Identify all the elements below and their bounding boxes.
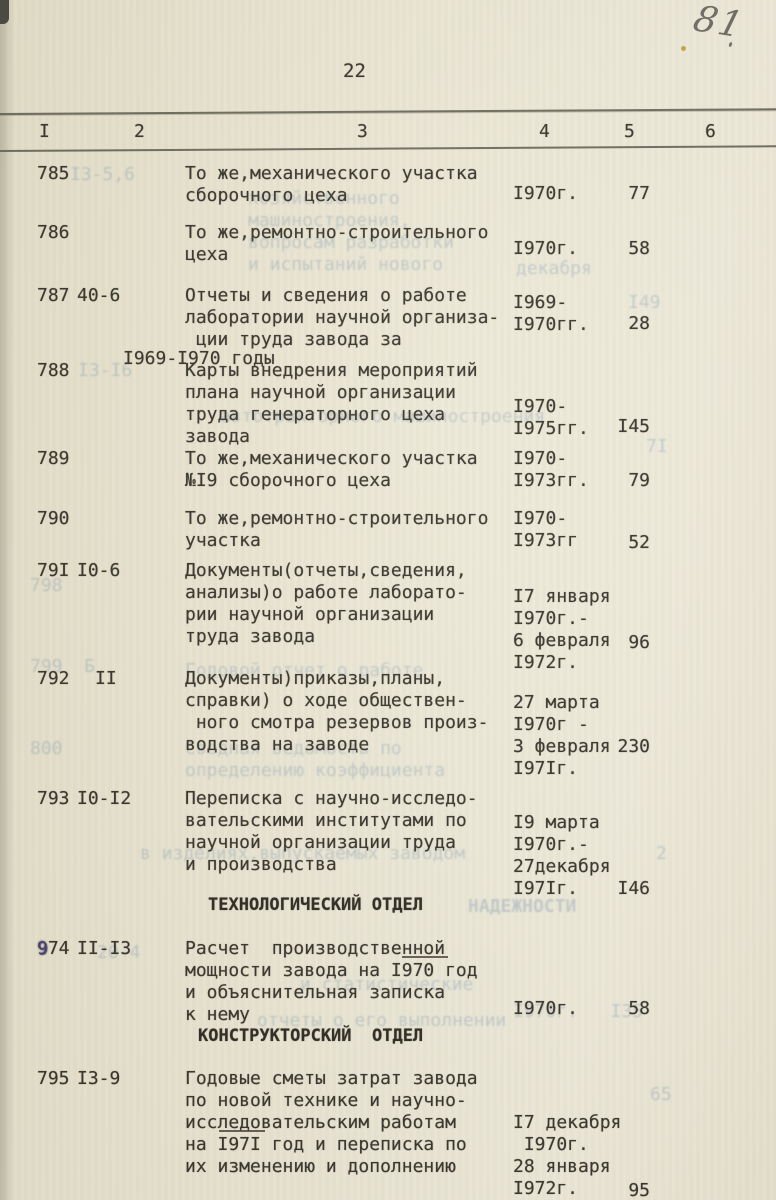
entry-description: Годовые сметы затрат завода по новой тех… xyxy=(185,1068,478,1178)
entry-number: 789 xyxy=(37,448,70,470)
entry-description: Документы(отчеты,сведения, анализы)о раб… xyxy=(185,560,467,648)
entry-number: 786 xyxy=(37,222,70,244)
entry-description: Документы)приказы,планы, справки) о ходе… xyxy=(185,668,488,756)
entry-description: Расчет производственной мощности завода … xyxy=(185,938,478,1026)
entry-index: 40-6 xyxy=(77,285,120,307)
entry-page-count: I45 xyxy=(580,416,650,438)
scanned-document-page: 81 22 I 2 3 4 5 6 I3-5,6 хозяйственного … xyxy=(0,0,776,1200)
ghost-text: декабря xyxy=(516,258,592,280)
entry-page-count: 52 xyxy=(580,532,650,554)
column-header-4: 4 xyxy=(539,121,550,143)
ghost-text: 2 xyxy=(656,843,667,865)
column-header-1: I xyxy=(39,121,50,143)
entry-dates: I7 января I970г.- 6 февраля I972г. xyxy=(513,586,611,674)
entry-page-count: 28 xyxy=(580,313,650,335)
overstrike-artifact xyxy=(219,1130,265,1132)
entry-dates: I970г. xyxy=(513,183,578,205)
entry-number: 795 xyxy=(37,1068,70,1090)
entry-description: То же,ремонтно-строительного участка xyxy=(185,508,488,552)
entry-page-count: 95 xyxy=(580,1180,650,1200)
overstrike-artifact xyxy=(402,956,448,958)
entry-dates: I970г. xyxy=(513,238,578,260)
column-header-3: 3 xyxy=(357,121,368,143)
entry-description: Переписка с научно-исследо- вательскими … xyxy=(185,788,478,876)
entry-number: 787 xyxy=(37,285,70,307)
ghost-text: 7I xyxy=(646,436,668,458)
entry-description: То же,механического участка №I9 сборочно… xyxy=(185,448,478,492)
entry-number: 79I xyxy=(37,560,70,582)
entry-page-count: 230 xyxy=(580,736,650,758)
column-header-5: 5 xyxy=(624,121,635,143)
entry-dates: I970- I973гг. xyxy=(513,448,589,492)
entry-number: 785 xyxy=(37,163,70,185)
entry-page-count: 77 xyxy=(580,183,650,205)
entry-description: То же,ремонтно-строительного цеха xyxy=(185,222,488,266)
entry-page-count: 58 xyxy=(580,238,650,260)
scan-corner-artifact xyxy=(0,0,9,24)
section-heading-technology-department: ТЕХНОЛОГИЧЕСКИЙ ОТДЕЛ xyxy=(208,895,423,915)
entry-index: I0-I2 xyxy=(77,788,131,810)
entry-number: 790 xyxy=(37,508,70,530)
entry-index: II xyxy=(95,668,117,690)
ghost-text: 65 xyxy=(650,1084,672,1106)
ghost-text: I3-5,6 xyxy=(70,164,135,186)
entry-description: Отчеты и сведения о работе лаборатории н… xyxy=(185,285,499,351)
entry-index: I0-6 xyxy=(77,560,120,582)
column-header-6: 6 xyxy=(705,121,716,143)
entry-number-corrected: 974 xyxy=(37,938,70,960)
entry-number: 793 xyxy=(37,788,70,810)
entry-index: II-I3 xyxy=(77,938,131,960)
entry-page-count: I46 xyxy=(580,878,650,900)
entry-index: I3-9 xyxy=(77,1068,120,1090)
column-header-2: 2 xyxy=(134,121,145,143)
entry-page-count: 96 xyxy=(580,632,650,654)
entry-dates: I970г. xyxy=(513,998,578,1020)
entry-number: 792 xyxy=(37,668,70,690)
ghost-text: 800 xyxy=(30,738,63,760)
handwritten-dot-artifact xyxy=(728,42,733,48)
entry-page-count: 58 xyxy=(580,998,650,1020)
ghost-text: I49 xyxy=(628,292,661,314)
entry-description: Карты внедрения мероприятий плана научно… xyxy=(185,360,478,448)
table-header-rule-top xyxy=(0,108,776,115)
section-heading-design-department: КОНСТРУКТОРСКИЙ ОТДЕЛ xyxy=(198,1026,423,1046)
page-number: 22 xyxy=(343,60,366,82)
entry-number: 788 xyxy=(37,360,70,382)
entry-page-count: 79 xyxy=(580,470,650,492)
entry-dates: I970- I975гг. xyxy=(513,396,589,440)
entry-dates: I969- I970гг. xyxy=(513,292,589,336)
paper-speck xyxy=(681,46,686,51)
handwritten-folio-number: 81 xyxy=(689,0,749,46)
entry-description: То же,механического участка сборочного ц… xyxy=(185,163,478,207)
table-header-rule-bottom xyxy=(0,145,776,151)
entry-dates: I970- I973гг xyxy=(513,508,578,552)
